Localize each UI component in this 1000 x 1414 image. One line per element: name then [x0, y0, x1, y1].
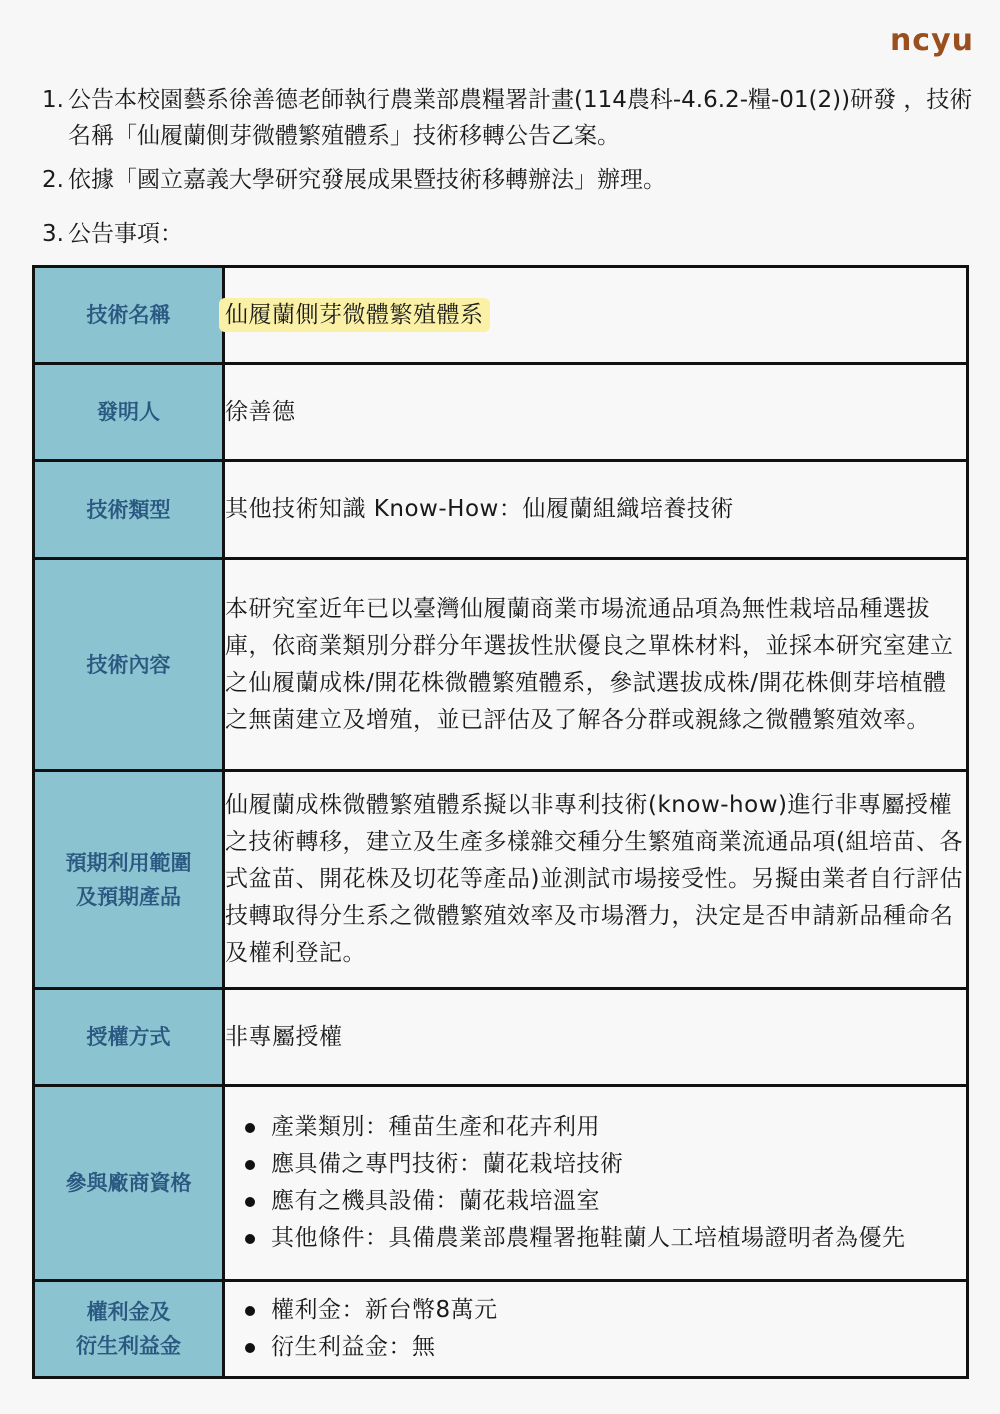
tech-transfer-table: 技術名稱 仙履蘭側芽微體繁殖體系 發明人 徐善德 技術類型 其他技術知識 Kno…: [32, 265, 969, 1379]
row-label: 授權方式: [34, 989, 224, 1086]
royalty-list: 權利金：新台幣8萬元 衍生利益金：無: [225, 1292, 966, 1366]
intro-text: 依據「國立嘉義大學研究發展成果暨技術移轉辦法」辦理。: [68, 162, 977, 198]
list-item: 衍生利益金：無: [245, 1329, 966, 1366]
highlighted-tech-name: 仙履蘭側芽微體繁殖體系: [219, 298, 490, 332]
list-item: 產業類別：種苗生產和花卉利用: [245, 1109, 966, 1146]
row-value: 非專屬授權: [224, 989, 968, 1086]
row-label-line: 衍生利益金: [35, 1329, 222, 1363]
row-value: 產業類別：種苗生產和花卉利用 應具備之專門技術：蘭花栽培技術 應有之機具設備：蘭…: [224, 1086, 968, 1281]
table-row-license-type: 授權方式 非專屬授權: [34, 989, 968, 1086]
row-label: 技術內容: [34, 559, 224, 771]
row-value: 徐善德: [224, 364, 968, 461]
row-value: 本研究室近年已以臺灣仙履蘭商業市場流通品項為無性栽培品種選拔庫，依商業類別分群分…: [224, 559, 968, 771]
list-item: 其他條件：具備農業部農糧署拖鞋蘭人工培植場證明者為優先: [245, 1220, 966, 1257]
table-row-expected-use: 預期利用範圍 及預期產品 仙履蘭成株微體繁殖體系擬以非專利技術(know-how…: [34, 771, 968, 989]
row-label: 技術名稱: [34, 267, 224, 364]
announcement-intro: 1. 公告本校園藝系徐善德老師執行農業部農糧署計畫(114農科-4.6.2-糧-…: [42, 82, 977, 252]
row-label-line: 及預期產品: [35, 880, 222, 914]
table-row-inventor: 發明人 徐善德: [34, 364, 968, 461]
table-row-vendor-qualification: 參與廠商資格 產業類別：種苗生產和花卉利用 應具備之專門技術：蘭花栽培技術 應有…: [34, 1086, 968, 1281]
row-label: 發明人: [34, 364, 224, 461]
row-label: 預期利用範圍 及預期產品: [34, 771, 224, 989]
intro-item-1: 1. 公告本校園藝系徐善德老師執行農業部農糧署計畫(114農科-4.6.2-糧-…: [42, 82, 977, 154]
list-item: 應具備之專門技術：蘭花栽培技術: [245, 1146, 966, 1183]
row-label: 技術類型: [34, 461, 224, 559]
intro-text: 公告本校園藝系徐善德老師執行農業部農糧署計畫(114農科-4.6.2-糧-01(…: [68, 82, 977, 154]
list-item: 應有之機具設備：蘭花栽培溫室: [245, 1183, 966, 1220]
row-label: 權利金及 衍生利益金: [34, 1281, 224, 1378]
intro-number: 2.: [42, 162, 68, 198]
intro-item-3: 3. 公告事項：: [42, 216, 977, 252]
row-value: 仙履蘭成株微體繁殖體系擬以非專利技術(know-how)進行非專屬授權之技術轉移…: [224, 771, 968, 989]
row-label-line: 預期利用範圍: [35, 846, 222, 880]
table-row-tech-content: 技術內容 本研究室近年已以臺灣仙履蘭商業市場流通品項為無性栽培品種選拔庫，依商業…: [34, 559, 968, 771]
ncyu-logo: ncyu: [890, 26, 974, 56]
table-row-tech-type: 技術類型 其他技術知識 Know-How：仙履蘭組織培養技術: [34, 461, 968, 559]
intro-number: 3.: [42, 216, 68, 252]
row-label: 參與廠商資格: [34, 1086, 224, 1281]
row-value: 仙履蘭側芽微體繁殖體系: [224, 267, 968, 364]
row-value: 權利金：新台幣8萬元 衍生利益金：無: [224, 1281, 968, 1378]
intro-number: 1.: [42, 82, 68, 154]
table-row-tech-name: 技術名稱 仙履蘭側芽微體繁殖體系: [34, 267, 968, 364]
intro-text: 公告事項：: [68, 216, 977, 252]
row-label-line: 權利金及: [35, 1295, 222, 1329]
table-row-royalty: 權利金及 衍生利益金 權利金：新台幣8萬元 衍生利益金：無: [34, 1281, 968, 1378]
row-value: 其他技術知識 Know-How：仙履蘭組織培養技術: [224, 461, 968, 559]
intro-item-2: 2. 依據「國立嘉義大學研究發展成果暨技術移轉辦法」辦理。: [42, 162, 977, 198]
qualification-list: 產業類別：種苗生產和花卉利用 應具備之專門技術：蘭花栽培技術 應有之機具設備：蘭…: [225, 1109, 966, 1257]
list-item: 權利金：新台幣8萬元: [245, 1292, 966, 1329]
